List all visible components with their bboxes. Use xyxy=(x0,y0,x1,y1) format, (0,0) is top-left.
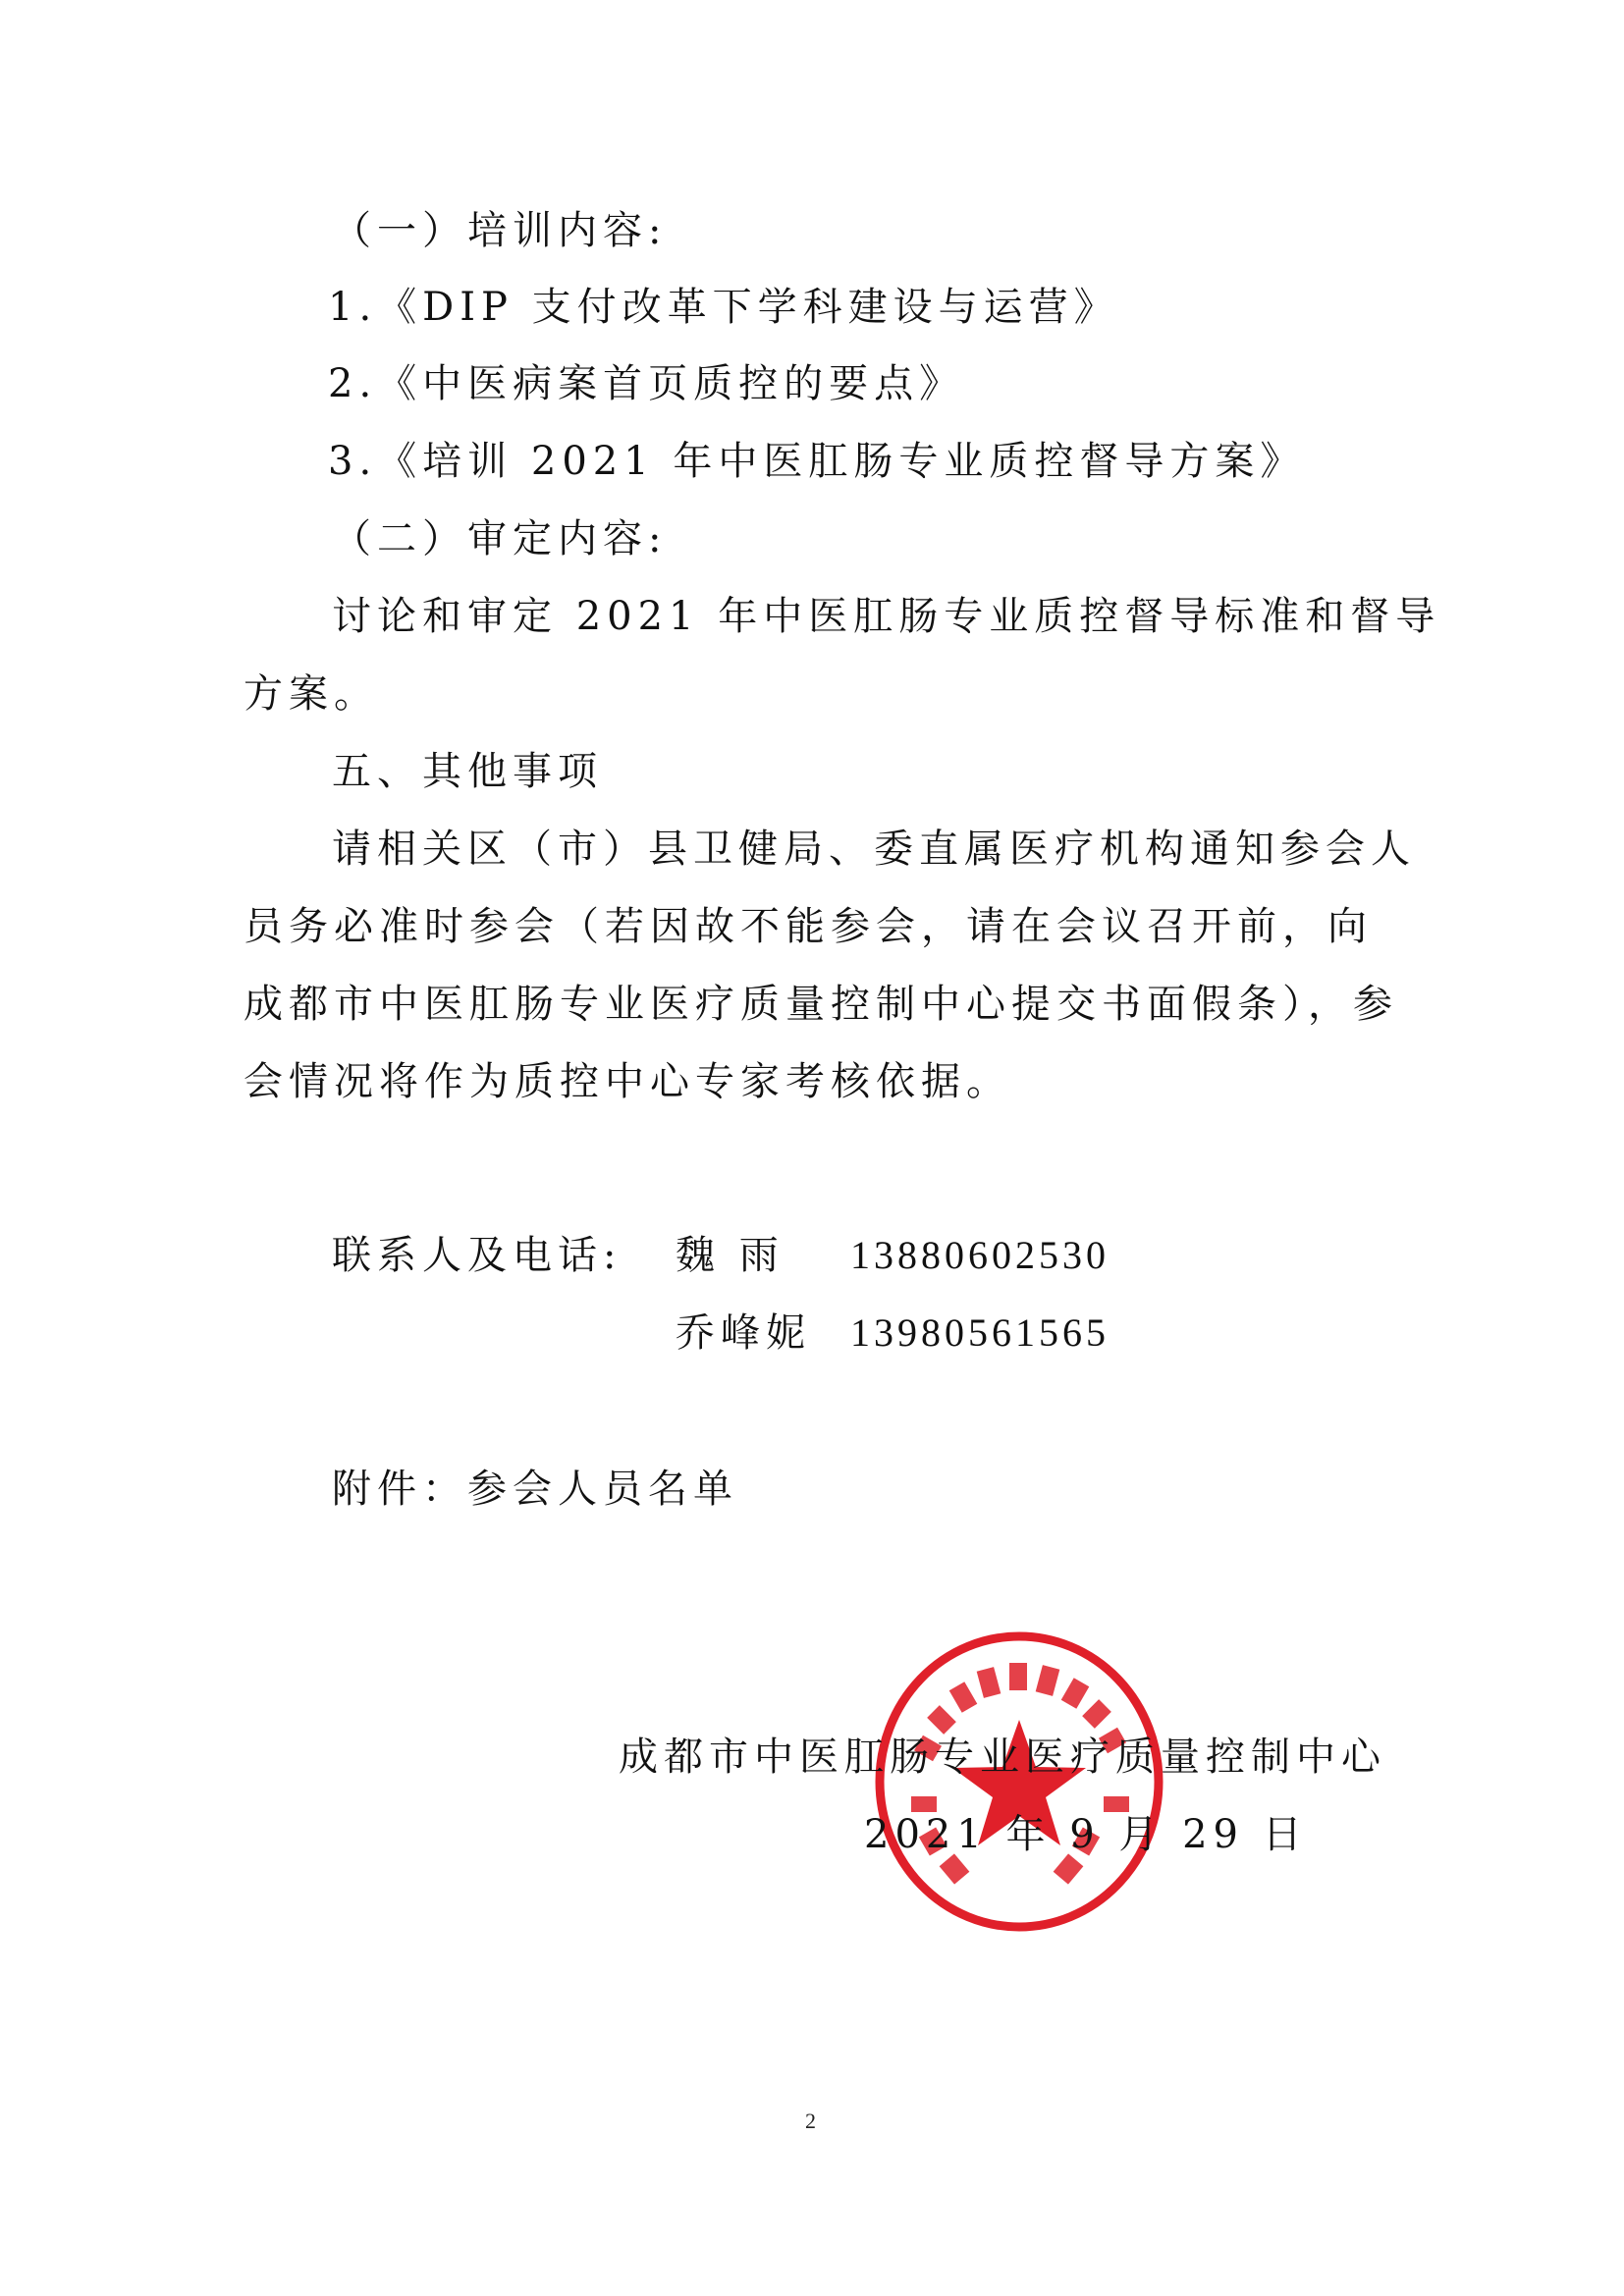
attachment-note: 附件：参会人员名单 xyxy=(332,1466,738,1513)
contacts-label: 联系人及电话: xyxy=(332,1232,622,1279)
other-heading: 五、其他事项 xyxy=(332,748,603,795)
review-heading: （二）审定内容: xyxy=(332,515,667,562)
other-body-line-2: 员务必准时参会（若因故不能参会，请在会议召开前，向 xyxy=(244,903,1373,950)
signature-organization: 成都市中医肛肠专业医疗质量控制中心 xyxy=(619,1734,1386,1781)
other-body-line-4: 会情况将作为质控中心专家考核依据。 xyxy=(244,1058,1011,1105)
training-heading: （一）培训内容: xyxy=(332,207,667,254)
review-body-line-1: 讨论和审定 2021 年中医肛肠专业质控督导标准和督导 xyxy=(332,593,1440,640)
contact-phone-1: 13880602530 xyxy=(850,1232,1110,1279)
training-item-2: 2.《中医病案首页质控的要点》 xyxy=(328,360,964,407)
training-item-1: 1.《DIP 支付改革下学科建设与运营》 xyxy=(328,284,1119,331)
training-item-3: 3.《培训 2021 年中医肛肠专业质控督导方案》 xyxy=(328,438,1305,485)
official-seal-stamp xyxy=(872,1629,1166,1934)
contact-name-2: 乔峰妮 xyxy=(676,1309,811,1357)
contact-phone-2: 13980561565 xyxy=(850,1309,1110,1357)
contact-name-1: 魏 雨 xyxy=(676,1232,785,1279)
other-body-line-3: 成都市中医肛肠专业医疗质量控制中心提交书面假条），参 xyxy=(244,981,1398,1028)
signature-date: 2021 年 9 月 29 日 xyxy=(864,1811,1308,1858)
other-body-line-1: 请相关区（市）县卫健局、委直属医疗机构通知参会人 xyxy=(332,826,1416,873)
document-page: （一）培训内容: 1.《DIP 支付改革下学科建设与运营》 2.《中医病案首页质… xyxy=(0,0,1624,2296)
page-number: 2 xyxy=(805,2109,816,2134)
review-body-line-2: 方案。 xyxy=(244,670,379,718)
